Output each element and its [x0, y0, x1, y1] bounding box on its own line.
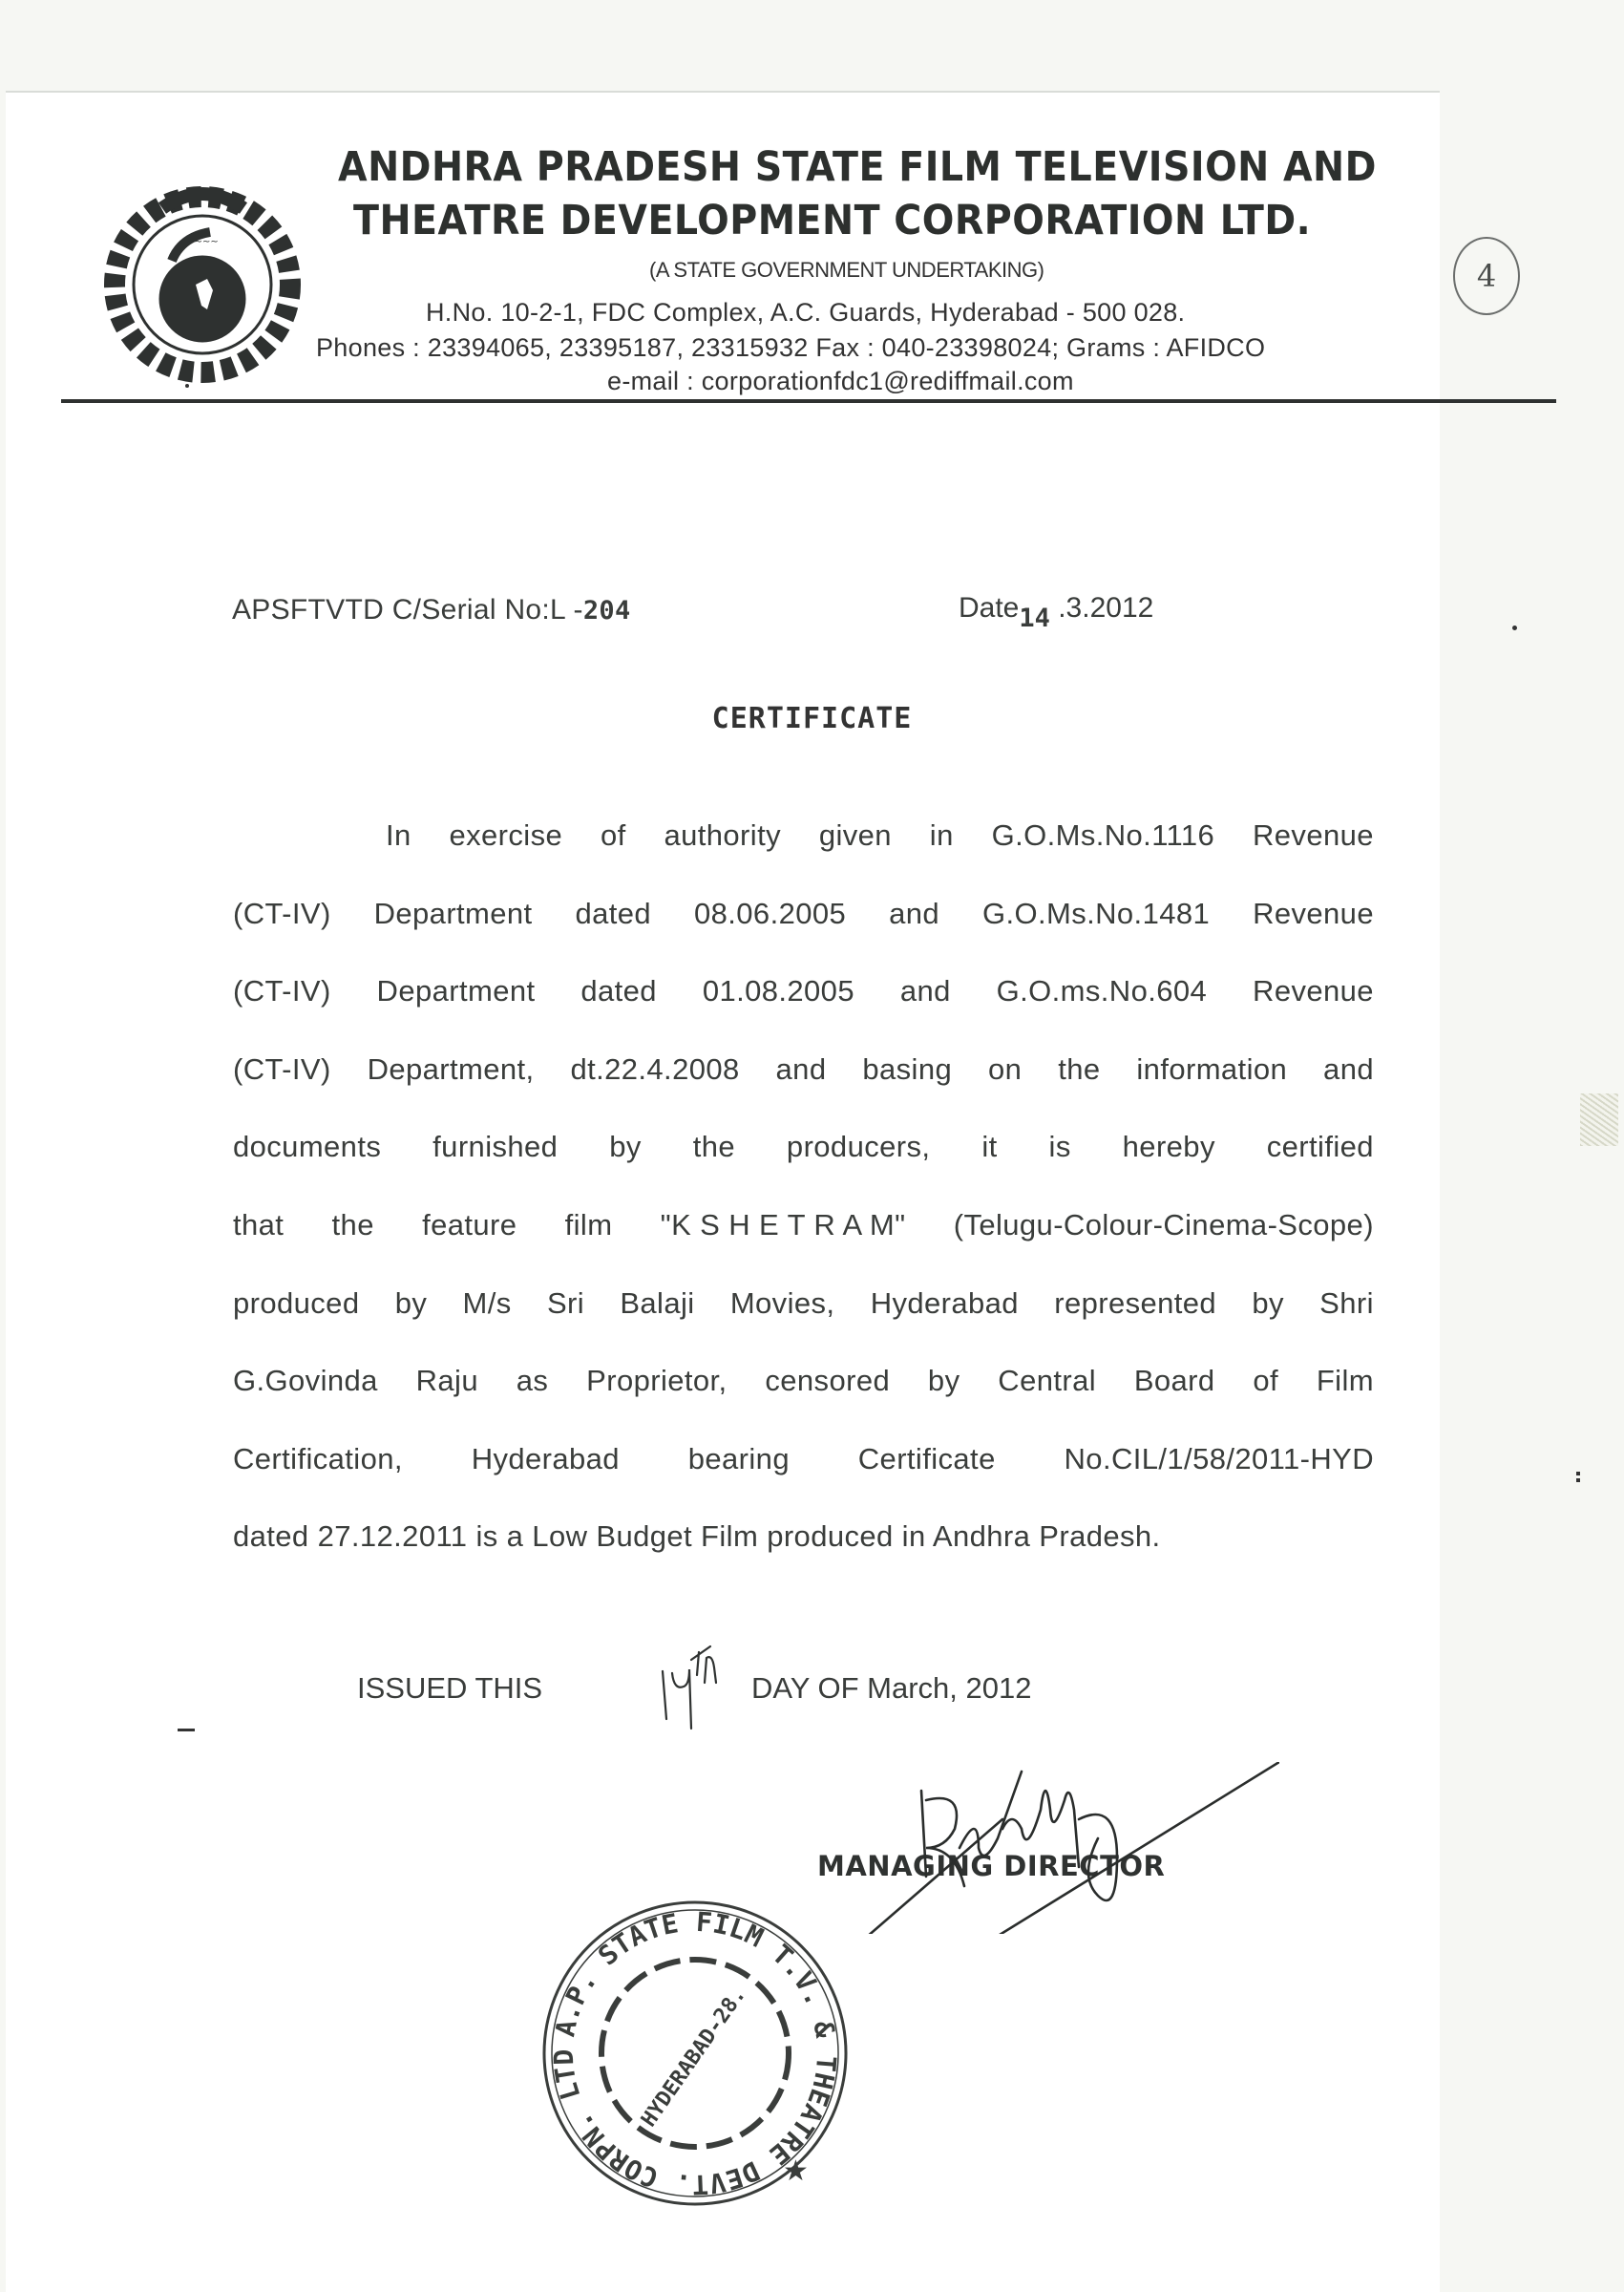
body-word: it	[981, 1128, 997, 1206]
body-word: No.CIL/1/58/2011-HYD	[1065, 1440, 1374, 1518]
body-word: dated	[580, 972, 657, 1050]
emblem-logo-icon: ~~~~	[95, 170, 310, 385]
body-word: Film	[1317, 1362, 1374, 1440]
body-word: by	[928, 1362, 960, 1440]
seal-inner-text: HYDERABAD-28.	[637, 1983, 750, 2131]
body-word: G.O.ms.No.604	[997, 972, 1208, 1050]
body-word: dated 27.12.2011 is a Low Budget Film pr…	[233, 1517, 1161, 1596]
body-word: Certification,	[233, 1440, 403, 1518]
body-word: In	[386, 817, 411, 895]
body-word: Board	[1134, 1362, 1215, 1440]
body-word: hereby	[1123, 1128, 1215, 1206]
body-word: Raju	[416, 1362, 478, 1440]
body-word: (Telugu-Colour-Cinema-Scope)	[954, 1206, 1374, 1284]
body-word: Department	[374, 895, 533, 973]
body-line: producedbyM/sSriBalajiMovies,Hyderabadre…	[233, 1284, 1374, 1363]
body-word: furnished	[432, 1128, 558, 1206]
svg-text:★: ★	[783, 2154, 809, 2188]
body-word: Balaji	[620, 1284, 694, 1363]
certificate-body: InexerciseofauthoritygiveninG.O.Ms.No.11…	[233, 817, 1374, 1596]
body-word: Department,	[368, 1050, 535, 1129]
body-line: G.GovindaRajuasProprietor,censoredbyCent…	[233, 1362, 1374, 1440]
issued-suffix: DAY OF March, 2012	[751, 1671, 1031, 1706]
body-word: by	[395, 1284, 428, 1363]
handwritten-day-icon	[659, 1645, 764, 1730]
body-word: produced	[233, 1284, 359, 1363]
company-seal-icon: A.P. STATE FILM T.V. & THEATRE DEVT. COR…	[533, 1896, 857, 2211]
body-word: given	[819, 817, 892, 895]
body-word: producers,	[787, 1128, 930, 1206]
page-number: 4	[1477, 258, 1496, 294]
body-word: and	[889, 895, 939, 973]
body-word: G.Govinda	[233, 1362, 378, 1440]
body-line: InexerciseofauthoritygiveninG.O.Ms.No.11…	[233, 817, 1374, 895]
body-word: film	[565, 1206, 613, 1284]
scan-mark	[178, 1729, 195, 1731]
body-word: 08.06.2005	[694, 895, 846, 973]
scan-dot	[1576, 1472, 1580, 1475]
body-word: Revenue	[1253, 817, 1374, 895]
body-word: in	[930, 817, 954, 895]
scan-dot	[1512, 626, 1517, 630]
body-word: documents	[233, 1128, 381, 1206]
body-word: the	[1058, 1050, 1100, 1129]
body-word: is	[1049, 1128, 1071, 1206]
body-word: and	[1323, 1050, 1374, 1129]
date-label: Date	[959, 592, 1019, 624]
body-word: information	[1136, 1050, 1287, 1129]
body-word: of	[1253, 1362, 1278, 1440]
body-word: G.O.Ms.No.1116	[992, 817, 1215, 895]
date-day: 14	[1019, 604, 1050, 633]
body-word: Certificate	[858, 1440, 996, 1518]
body-word: (CT-IV)	[233, 1050, 331, 1129]
body-line: (CT-IV)Department,dt.22.4.2008andbasingo…	[233, 1050, 1374, 1129]
body-word: authority	[664, 817, 781, 895]
body-word: exercise	[450, 817, 563, 895]
body-word: Revenue	[1253, 972, 1374, 1050]
body-word: Revenue	[1253, 895, 1374, 973]
body-word: the	[332, 1206, 374, 1284]
body-word: (CT-IV)	[233, 972, 331, 1050]
scan-artifact	[1580, 1093, 1618, 1146]
body-word: basing	[862, 1050, 952, 1129]
body-line: Certification,HyderabadbearingCertificat…	[233, 1440, 1374, 1518]
scan-dot	[185, 384, 189, 388]
body-line: (CT-IV)Departmentdated08.06.2005andG.O.M…	[233, 895, 1374, 973]
body-word: G.O.Ms.No.1481	[982, 895, 1210, 973]
svg-text:~~~~: ~~~~	[186, 237, 219, 247]
body-word: Sri	[547, 1284, 584, 1363]
body-word: by	[609, 1128, 642, 1206]
body-word: Department	[377, 972, 536, 1050]
body-word: that	[233, 1206, 284, 1284]
body-word: feature	[422, 1206, 517, 1284]
serial-number: 204	[583, 596, 631, 626]
body-word: and	[776, 1050, 827, 1129]
body-line: dated 27.12.2011 is a Low Budget Film pr…	[233, 1517, 1374, 1596]
body-word: Hyderabad	[472, 1440, 620, 1518]
header-divider	[61, 399, 1556, 403]
org-address: H.No. 10-2-1, FDC Complex, A.C. Guards, …	[426, 298, 1185, 328]
body-word: bearing	[688, 1440, 790, 1518]
body-word: "K S H E T R A M"	[661, 1206, 906, 1284]
body-word: the	[693, 1128, 735, 1206]
body-word: M/s	[463, 1284, 512, 1363]
date-rest: .3.2012	[1050, 592, 1153, 624]
body-word: Shri	[1319, 1284, 1374, 1363]
signature-icon	[859, 1762, 1279, 1934]
body-word: censored	[765, 1362, 890, 1440]
body-word: as	[517, 1362, 549, 1440]
body-word: on	[988, 1050, 1022, 1129]
body-word: by	[1252, 1284, 1284, 1363]
org-name-line1: ANDHRA PRADESH STATE FILM TELEVISION AND	[338, 143, 1377, 191]
body-word: Hyderabad	[871, 1284, 1019, 1363]
org-name-line2: THEATRE DEVELOPMENT CORPORATION LTD.	[353, 197, 1311, 244]
body-word: Movies,	[730, 1284, 835, 1363]
body-word: (CT-IV)	[233, 895, 331, 973]
body-word: Central	[998, 1362, 1096, 1440]
issued-prefix: ISSUED THIS	[357, 1671, 542, 1706]
reference-number: APSFTVTD C/Serial No:L -204	[232, 594, 631, 626]
body-line: thatthefeaturefilm"K S H E T R A M"(Telu…	[233, 1206, 1374, 1284]
body-word: represented	[1054, 1284, 1216, 1363]
reference-label: APSFTVTD C/Serial No:L -	[232, 594, 583, 626]
body-word: dated	[576, 895, 652, 973]
page-number-annotation: 4	[1453, 237, 1520, 315]
body-line: documentsfurnishedbytheproducers,itisher…	[233, 1128, 1374, 1206]
certificate-title: CERTIFICATE	[0, 702, 1624, 735]
org-phones: Phones : 23394065, 23395187, 23315932 Fa…	[316, 333, 1265, 363]
scan-dot	[1576, 1478, 1580, 1482]
body-word: 01.08.2005	[703, 972, 854, 1050]
body-word: Proprietor,	[586, 1362, 727, 1440]
org-email: e-mail : corporationfdc1@rediffmail.com	[607, 367, 1074, 396]
body-line: (CT-IV)Departmentdated01.08.2005andG.O.m…	[233, 972, 1374, 1050]
body-word: of	[601, 817, 626, 895]
issue-date: Date14 .3.2012	[959, 592, 1153, 625]
org-subtitle: (A STATE GOVERNMENT UNDERTAKING)	[649, 258, 1044, 283]
body-word: certified	[1267, 1128, 1374, 1206]
body-word: dt.22.4.2008	[570, 1050, 739, 1129]
body-word: and	[900, 972, 951, 1050]
